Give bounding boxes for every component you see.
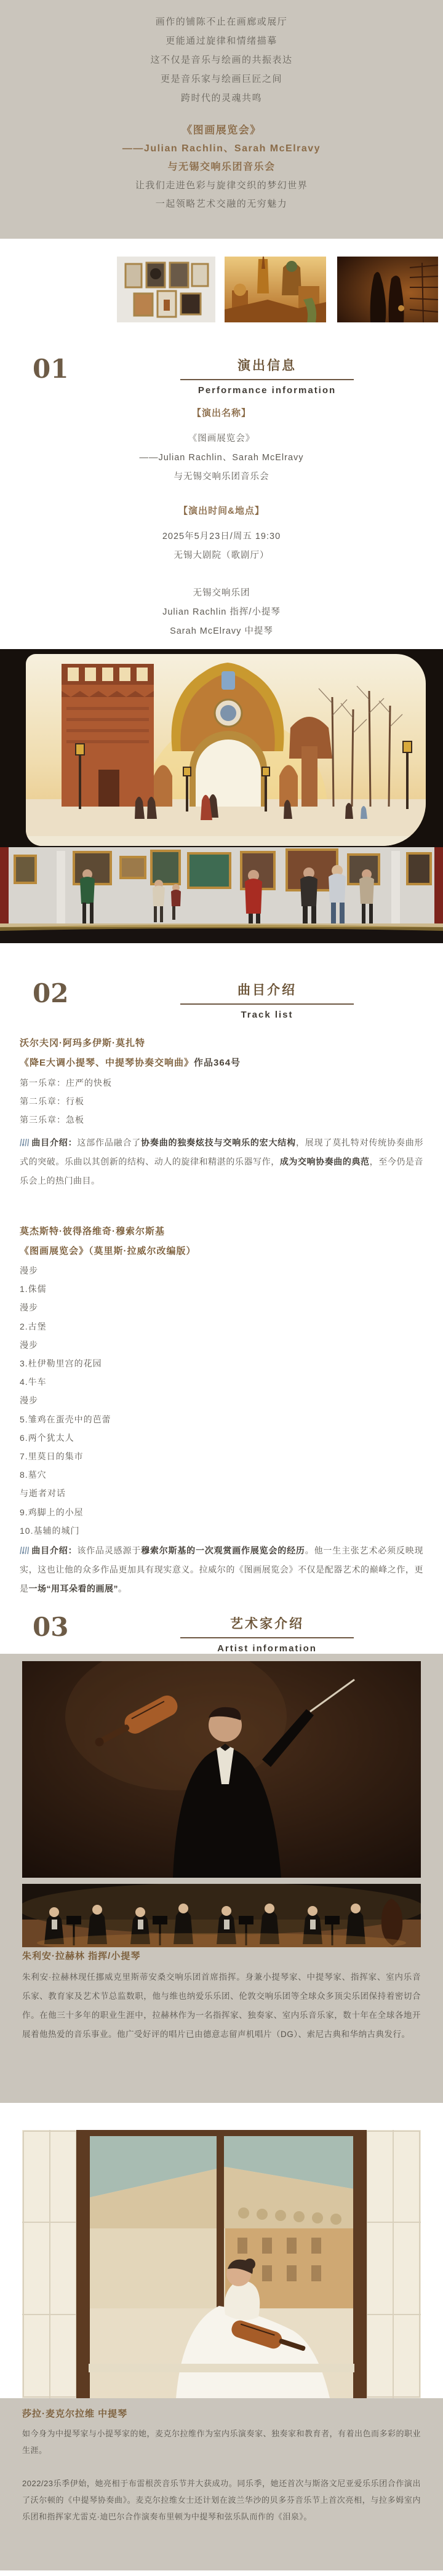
hero-title-line: 与无锡交响乐团音乐会 [0,158,443,177]
bio-paragraph: 如今身为中提琴家与小提琴家的她，麦克尔拉维作为室内乐演奏家、独奏家和教育者，有着… [22,2425,421,2458]
track-item: 1.侏儒 [20,1280,423,1298]
composer-name: 沃尔夫冈·阿玛多伊斯·莫扎特 [20,1036,423,1049]
music-staff-icon [20,1134,29,1143]
track-item: 漫步 [20,1261,423,1280]
movement-list: 第一乐章：庄严的快板第二乐章：行板第三乐章：急板 [20,1074,423,1130]
track-item: 3.杜伊勒里宫的花园 [20,1354,423,1373]
track-item: 漫步 [20,1336,423,1354]
track-list: 漫步1.侏儒漫步2.古堡漫步3.杜伊勒里宫的花园4.牛车漫步5.雏鸡在蛋壳中的芭… [20,1261,423,1540]
section-info-heading: 01 演出信息 Performance information [0,345,443,406]
section-divider [180,1003,354,1005]
section-number: 02 [33,981,68,1006]
note-label: 曲目介绍： [31,1138,77,1147]
track-item: 4.牛车 [20,1373,423,1391]
performer-line: 无锡交响乐团 [22,584,421,603]
section-divider [180,1637,354,1638]
track-item: 2.古堡 [20,1317,423,1336]
gallery-frames-collage-image[interactable] [117,257,215,322]
section-title: 演出信息 [180,356,354,374]
hero-tagline-line: 让我们走进色彩与旋律交织的梦幻世界 [0,177,443,195]
section-subtitle: Track list [180,1010,354,1020]
section-tracks-heading: 02 曲目介绍 Track list [0,969,443,1031]
sarah-mcelravy-window-photo[interactable] [22,2130,421,2398]
music-staff-icon [20,1542,29,1551]
section-title: 艺术家介绍 [180,1614,354,1632]
poem-line: 跨时代的灵魂共鸣 [0,89,443,108]
julian-rachlin-photo[interactable] [22,1661,421,1878]
hero-title: 《图画展览会》——Julian Rachlin、Sarah McElravy与无… [0,121,443,177]
performer-line: Julian Rachlin 指挥/小提琴 [22,603,421,622]
work-title-text: 《降E大调小提琴、中提琴协奏交响曲》 [20,1058,194,1068]
track-item: 漫步 [20,1298,423,1317]
work-title-text: 《图画展览会》（莫里斯·拉威尔改编版） [20,1246,196,1256]
performance-time-label: 【演出时间&地点】 [22,504,421,519]
bio-paragraph: 朱利安·拉赫林现任挪威克里斯蒂安桑交响乐团首席指挥。身兼小提琴家、中提琴家、指挥… [22,1968,421,2044]
work-title: 《降E大调小提琴、中提琴协奏交响曲》作品364号 [20,1056,423,1069]
mcelravy-caption: 莎拉·麦克尔拉维 中提琴 [22,2407,127,2420]
note-text: 该作品灵感源于穆索尔斯基的一次观赏画作展览会的经历。他一生主张艺术必须反映现实，… [20,1545,423,1593]
track-item: 8.墓穴 [20,1465,423,1484]
track-item: 9.鸡脚上的小屋 [20,1503,423,1521]
info-line: 与无锡交响乐团音乐会 [22,468,421,487]
info-line: 无锡大剧院（歌剧厅） [22,546,421,565]
work-note: 曲目介绍：这部作品融合了协奏曲的独奏炫技与交响乐的宏大结构，展现了莫扎特对传统协… [20,1133,423,1190]
mcelravy-bio: 如今身为中提琴家与小提琴家的她，麦克尔拉维作为室内乐演奏家、独奏家和教育者，有着… [22,2425,421,2542]
work-title: 《图画展览会》（莫里斯·拉威尔改编版） [20,1244,423,1257]
work-mussorgsky: 莫杰斯特·彼得洛维奇·穆索尔斯基 《图画展览会》（莫里斯·拉威尔改编版） 漫步1… [20,1224,423,1598]
info-line: 2025年5月23日/周五 19:30 [22,527,421,546]
paintings-block [0,649,443,943]
performer-lines: 无锡交响乐团Julian Rachlin 指挥/小提琴Sarah McElrav… [22,584,421,641]
note-label: 曲目介绍： [31,1545,77,1555]
poem-line: 更是音乐家与绘画巨匠之间 [0,70,443,89]
performance-name-lines: 《图画展览会》——Julian Rachlin、Sarah McElravy与无… [22,429,421,487]
hero-title-line: 《图画展览会》 [0,121,443,140]
poem-line: 更能通过旋律和情绪描摹 [0,31,443,50]
section-number: 01 [33,357,68,381]
gallery-visitors-panorama[interactable] [0,847,443,943]
track-item: 漫步 [20,1391,423,1410]
section-subtitle: Artist information [180,1643,354,1654]
mcelravy-panel: 莎拉·麦克尔拉维 中提琴 如今身为中提琴家与小提琴家的她，麦克尔拉维作为室内乐演… [0,2398,443,2570]
section-title: 曲目介绍 [180,980,354,999]
info-line: ——Julian Rachlin、Sarah McElravy [22,449,421,468]
performer-line: Sarah McElravy 中提琴 [22,622,421,641]
section-divider [180,379,354,380]
work-note: 曲目介绍：该作品灵感源于穆索尔斯基的一次观赏画作展览会的经历。他一生主张艺术必须… [20,1541,423,1598]
work-opus: 作品364号 [194,1058,241,1068]
track-item: 7.里莫日的集市 [20,1447,423,1465]
movement-item: 第二乐章：行板 [20,1092,423,1111]
track-item: 与逝者对话 [20,1484,423,1502]
performance-time-lines: 2025年5月23日/周五 19:30无锡大剧院（歌剧厅） [22,527,421,565]
bio-paragraph: 2022/23乐季伊始，她亮相于布雷根茨音乐节并大获成功。同乐季，她还首次与斯洛… [22,2475,421,2525]
great-gate-of-kiev-painting[interactable] [26,654,426,846]
hero-title-line: ——Julian Rachlin、Sarah McElravy [0,140,443,158]
track-item: 6.两个犹太人 [20,1429,423,1447]
work-mozart: 沃尔夫冈·阿玛多伊斯·莫扎特 《降E大调小提琴、中提琴协奏交响曲》作品364号 … [20,1036,423,1190]
golden-city-sketch-image[interactable] [225,257,326,322]
movement-item: 第三乐章：急板 [20,1111,423,1129]
info-line: 《图画展览会》 [22,429,421,449]
hero-tagline: 让我们走进色彩与旋律交织的梦幻世界一起领略艺术交融的无穷魅力 [0,177,443,213]
hero-section: 画作的铺陈不止在画廊或展厅更能通过旋律和情绪描摹这不仅是音乐与绘画的共振表达更是… [0,0,443,239]
performance-name-label: 【演出名称】 [22,406,421,421]
section-subtitle: Performance information [180,385,354,396]
poem-line: 画作的铺陈不止在画廊或展厅 [0,12,443,31]
track-item: 10.基辅的城门 [20,1521,423,1540]
orchestra-stage-photo[interactable] [22,1884,421,1947]
section-number: 03 [33,1615,68,1640]
hero-tagline-line: 一起领略艺术交融的无穷魅力 [0,195,443,213]
catacombs-two-figures-image[interactable] [337,257,438,322]
rachlin-caption: 朱利安·拉赫林 指挥/小提琴 [22,1949,140,1962]
rachlin-panel: 朱利安·拉赫林 指挥/小提琴 朱利安·拉赫林现任挪威克里斯蒂安桑交响乐团首席指挥… [0,1654,443,2103]
poem-line: 这不仅是音乐与绘画的共振表达 [0,50,443,70]
article-page: 画作的铺陈不止在画廊或展厅更能通过旋律和情绪描摹这不仅是音乐与绘画的共振表达更是… [0,0,443,2576]
hero-poem: 画作的铺陈不止在画廊或展厅更能通过旋律和情绪描摹这不仅是音乐与绘画的共振表达更是… [0,0,443,108]
note-text: 这部作品融合了协奏曲的独奏炫技与交响乐的宏大结构，展现了莫扎特对传统协奏曲形式的… [20,1138,423,1186]
rachlin-bio: 朱利安·拉赫林现任挪威克里斯蒂安桑交响乐团首席指挥。身兼小提琴家、中提琴家、指挥… [22,1968,421,2044]
movement-item: 第一乐章：庄严的快板 [20,1074,423,1092]
performance-info: 【演出名称】 《图画展览会》——Julian Rachlin、Sarah McE… [22,406,421,641]
composer-name: 莫杰斯特·彼得洛维奇·穆索尔斯基 [20,1224,423,1237]
track-item: 5.雏鸡在蛋壳中的芭蕾 [20,1410,423,1429]
